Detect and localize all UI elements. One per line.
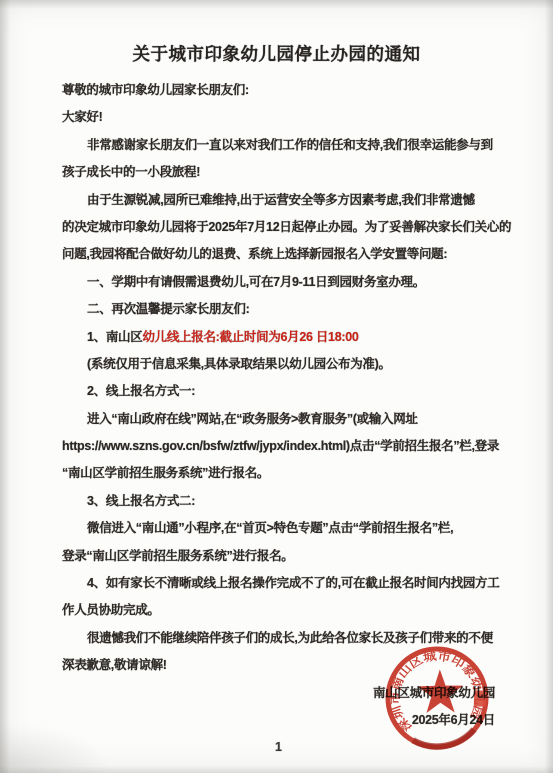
deadline-line: 1、南山区幼儿线上报名:截止时间为6月26 日18:00 xyxy=(62,324,495,351)
body-line: “南山区学前招生服务系统”进行报名。 xyxy=(62,460,495,487)
closing-line: 深表歉意,敬请谅解! xyxy=(62,652,495,679)
body-line: 孩子成长中的一小段旅程! xyxy=(62,159,495,186)
body-line: 的决定城市印象幼儿园将于2025年7月12日起停止办园。为了妥善解决家长们关心的 xyxy=(62,214,495,241)
body-line: 非常感谢家长朋友们一直以来对我们工作的信任和支持,我们很幸运能参与到 xyxy=(62,132,495,159)
closing-line: 很遗憾我们不能继续陪伴孩子们的成长,为此给各位家长及孩子们带来的不便 xyxy=(62,625,495,652)
url-line: https://www.szns.gov.cn/bsfw/ztfw/jypx/i… xyxy=(62,433,495,460)
body-line: 进入“南山政府在线”网站,在“政务服务>教育服务”(或输入网址 xyxy=(62,406,495,433)
deadline-highlight: 幼儿线上报名:截止时间为6月26 日18:00 xyxy=(142,330,358,344)
deadline-prefix: 1、南山区 xyxy=(87,330,142,344)
page-number: 1 xyxy=(62,734,495,761)
method-one-title: 2、线上报名方式一: xyxy=(62,378,495,405)
item-two-line: 二、再次温馨提示家长朋友们: xyxy=(62,296,495,323)
body-line: 问题,我园将配合做好幼儿的退费、系统上选择新园报名入学安置等问题: xyxy=(62,241,495,268)
signature-line: 南山区城市印象幼儿园 xyxy=(62,680,495,707)
body-line: 微信进入“南山通”小程序,在“首页>特色专题”点击“学前招生报名”栏, xyxy=(62,515,495,542)
notice-title: 关于城市印象幼儿园停止办园的通知 xyxy=(0,44,553,64)
note-line: (系统仅用于信息采集,具体录取结果以幼儿园公布为准)。 xyxy=(62,351,495,378)
item-one-line: 一、学期中有请假需退费幼儿,可在7月9-11日到园财务室办理。 xyxy=(62,269,495,296)
body-line: 由于生源锐减,园所已难维持,出于运营安全等多方因素考虑,我们非常遗憾 xyxy=(62,187,495,214)
scanned-notice-page: 关于城市印象幼儿园停止办园的通知 尊敬的城市印象幼儿园家长朋友们: 大家好! 非… xyxy=(0,0,553,773)
greeting-line: 大家好! xyxy=(62,104,495,131)
salutation-line: 尊敬的城市印象幼儿园家长朋友们: xyxy=(62,77,495,104)
method-two-title: 3、线上报名方式二: xyxy=(62,488,495,515)
notice-body: 尊敬的城市印象幼儿园家长朋友们: 大家好! 非常感谢家长朋友们一直以来对我们工作… xyxy=(62,77,495,762)
body-line: 登录“南山区学前招生服务系统”进行报名。 xyxy=(62,543,495,570)
item-four-line: 4、如有家长不清晰或线上报名操作完成不了的,可在截止报名时间内找园方工 xyxy=(62,570,495,597)
date-line: 2025年6月24日 xyxy=(62,707,495,734)
body-line: 作人员协助完成。 xyxy=(62,597,495,624)
